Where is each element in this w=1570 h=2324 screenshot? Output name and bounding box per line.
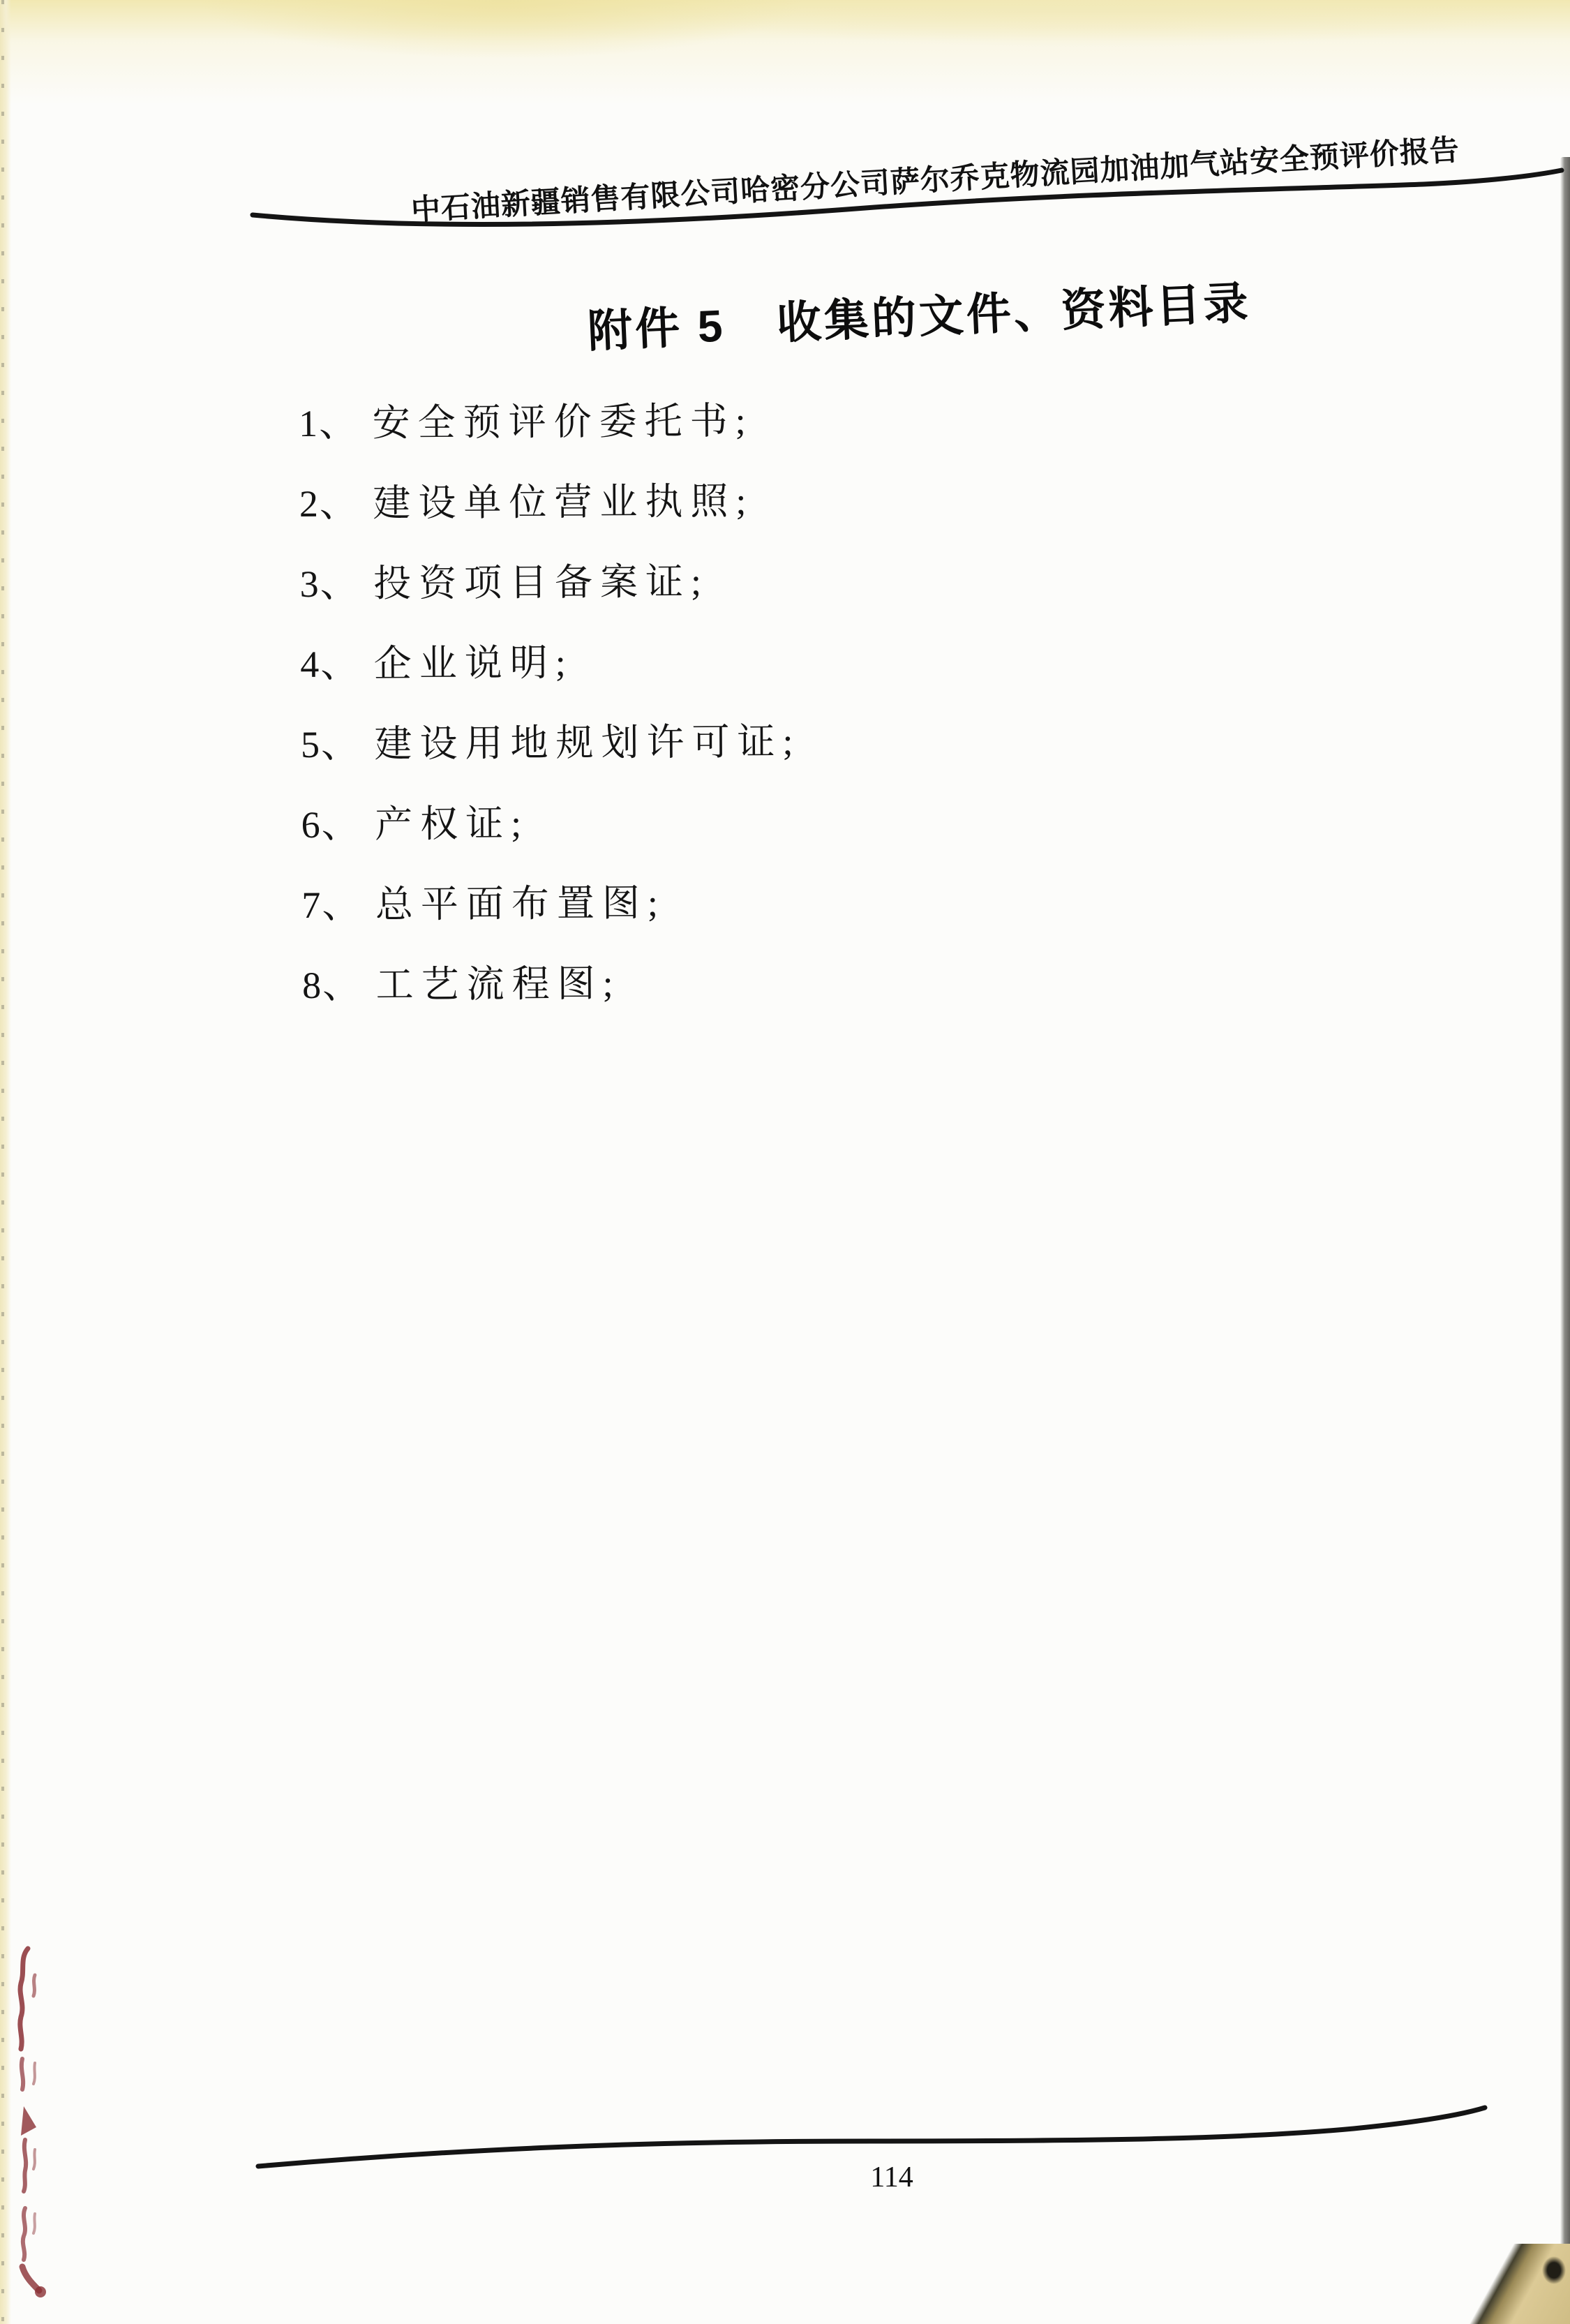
list-item: 6、 产权证;: [301, 802, 802, 845]
page-number: 114: [864, 2161, 920, 2194]
list-item-number: 7、: [301, 884, 366, 925]
list-item: 5、 建设用地规划许可证;: [301, 722, 801, 765]
running-header-title: 中石油新疆销售有限公司哈密分公司萨尔乔克物流园加油加气站安全预评价报告: [410, 135, 1436, 228]
list-item-number: 6、: [301, 804, 366, 845]
list-item-text: 安全预评价委托书;: [372, 400, 753, 444]
document-list: 1、 安全预评价委托书; 2、 建设单位营业执照; 3、 投资项目备案证; 4、…: [299, 401, 802, 1045]
scan-edge-top-tint: [0, 0, 1570, 105]
attachment-title-text: 收集的文件、资料目录: [776, 278, 1252, 349]
list-item: 1、 安全预评价委托书;: [299, 401, 799, 444]
list-item-text: 工艺流程图;: [375, 962, 620, 1006]
attachment-title: 附件 5 收集的文件、资料目录: [586, 267, 1252, 360]
list-item-number: 8、: [302, 964, 366, 1006]
scan-edge-right-shadow: [1560, 157, 1570, 2324]
document-page: 中石油新疆销售有限公司哈密分公司萨尔乔克物流园加油加气站安全预评价报告 附件 5…: [0, 0, 1570, 2324]
list-item-number: 4、: [300, 643, 364, 685]
list-item-text: 总平面布置图;: [375, 882, 666, 926]
list-item-number: 5、: [301, 724, 365, 765]
list-item-text: 企业说明;: [374, 642, 574, 685]
list-item: 4、 企业说明;: [300, 641, 800, 685]
attachment-number: 附件 5: [587, 300, 726, 357]
scan-corner-bottom-right: [1441, 2244, 1570, 2324]
list-item: 8、 工艺流程图;: [302, 962, 802, 1006]
list-item: 2、 建设单位营业执照;: [299, 481, 800, 524]
list-item: 7、 总平面布置图;: [301, 882, 802, 925]
scan-edge-left-tint: [0, 0, 11, 2324]
list-item-number: 3、: [299, 563, 364, 604]
list-item-text: 建设单位营业执照;: [373, 480, 754, 524]
list-item-number: 1、: [299, 403, 363, 444]
list-item-text: 产权证;: [375, 803, 529, 845]
list-item-text: 投资项目备案证;: [373, 560, 709, 604]
list-item: 3、 投资项目备案证;: [299, 561, 800, 604]
list-item-text: 建设用地规划许可证;: [374, 721, 800, 766]
list-item-number: 2、: [299, 483, 364, 524]
